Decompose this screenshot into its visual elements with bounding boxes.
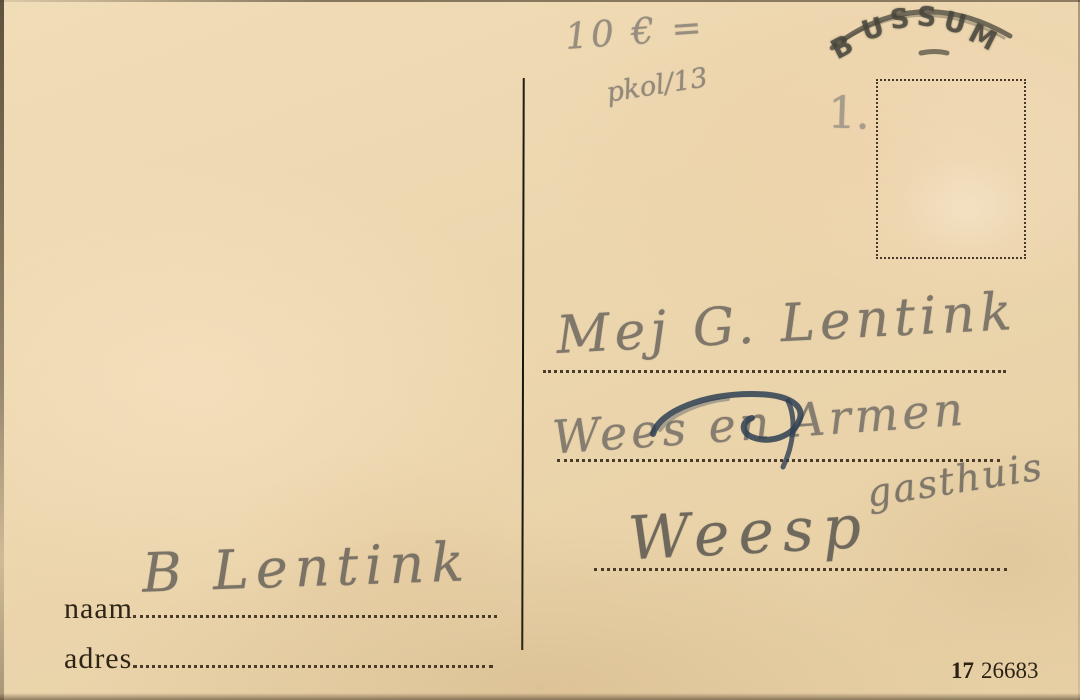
adres-label: adres (64, 642, 132, 676)
serial-prefix: 17 (951, 658, 974, 683)
card-edge-bottom (0, 693, 1080, 700)
handwriting-recipient-name: Mej G. Lentink (555, 282, 1018, 366)
naam-dotted-line (133, 615, 497, 618)
printer-serial: 1726683 (951, 658, 1039, 684)
handwriting-recipient-city: Weesp (626, 492, 871, 575)
handwriting-sender-name: B Lentink (141, 530, 472, 604)
stamp-box (876, 79, 1026, 259)
pencil-stamp-note: 1. (827, 87, 871, 139)
serial-number: 26683 (981, 658, 1039, 683)
postcard-back: 10 € = pkol/13 BUSSUM 1. Mej G. Lentink … (0, 0, 1080, 700)
card-edge-left (0, 0, 4, 700)
pencil-price-note: 10 € = (564, 7, 706, 58)
postmark-letter: S (916, 1, 938, 33)
handwriting-recipient-institution: Wees en Armen (551, 382, 969, 465)
adres-dotted-line (133, 665, 493, 668)
address-line-1 (543, 370, 1006, 373)
divider-line (521, 78, 524, 650)
naam-label: naam (64, 592, 133, 626)
pencil-code-note: pkol/13 (604, 62, 710, 109)
postmark-bussum: BUSSUM (818, 0, 1028, 74)
postmark-letter: S (888, 3, 911, 36)
handwriting-recipient-institution-2: gasthuis (864, 444, 1047, 515)
